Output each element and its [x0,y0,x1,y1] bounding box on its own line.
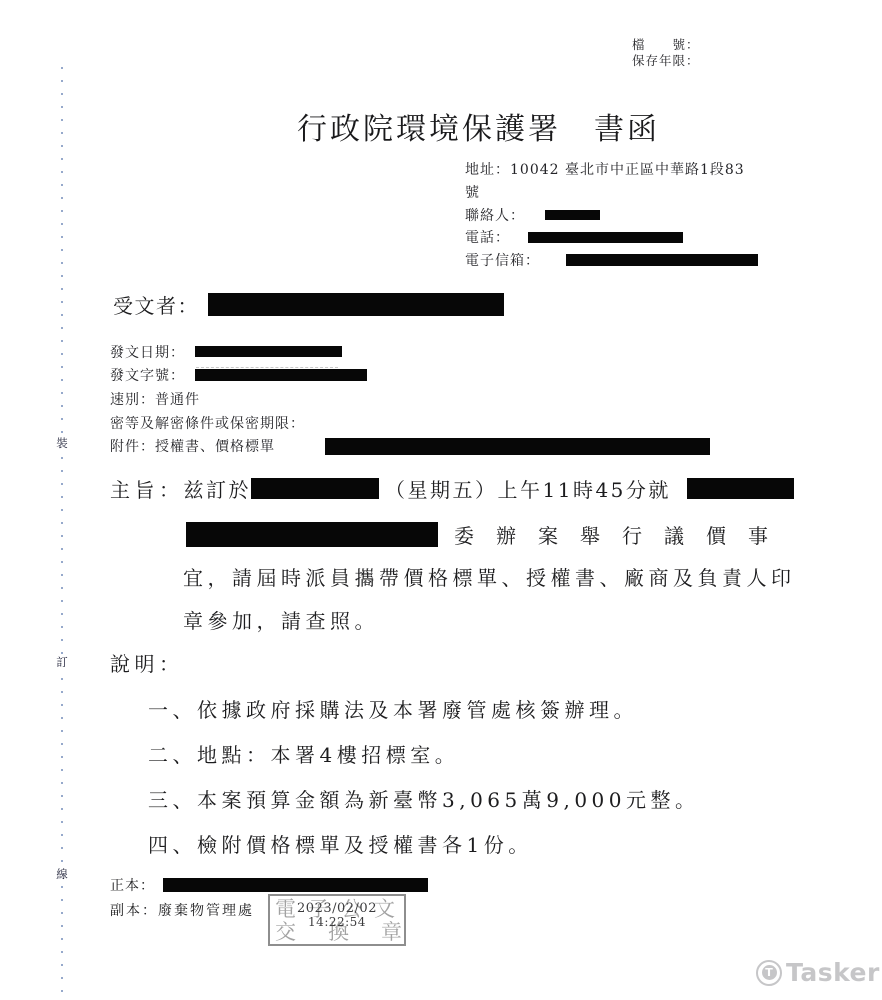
attachment-label: 附件：授權書、價格標單 [110,436,275,456]
address-line-2: 號 [465,181,758,204]
explanation-item-4: 四、檢附價格標單及授權書各1份。 [148,829,533,858]
retention-period-label: 保存年限： [632,53,700,69]
phone-label: 電話： [465,227,510,247]
redacted-attachment [325,438,710,455]
redacted-subject-date [251,478,379,499]
binding-mark-xian: 線 [50,867,74,883]
email-row: 電子信箱： [465,249,758,272]
sender-info-block: 地址：10042 臺北市中正區中華路1段83 號 聯絡人： 電話： 電子信箱： [465,158,758,271]
redacted-email [566,254,758,266]
binding-mark-zhuang: 裝 [50,436,74,452]
tasker-watermark: T Tasker [756,958,880,987]
stamp-date: 2023/02/02 [270,901,404,916]
redacted-subject-case-1 [687,478,794,499]
subject-line-4: 章參加，請查照。 [183,605,379,634]
scan-artifact [196,367,338,368]
original-copy-row: 正本： [110,876,428,893]
subject-line-3: 宜，請屆時派員攜帶價格標單、授權書、廠商及負責人印 [183,562,796,591]
subject-label: 主旨： [110,474,184,503]
attachment-row: 附件：授權書、價格標單 [110,434,710,458]
subject-text-pre: 兹訂於 [184,474,252,503]
original-copy-label: 正本： [110,875,155,895]
recipient-row: 受文者： [113,290,504,318]
subject-line-2: 委辦案舉行議價事 [186,521,790,548]
tasker-logo-icon: T [756,960,782,986]
explanation-item-2: 二、地點：本署4樓招標室。 [148,739,459,768]
speed-row: 速別：普通件 [110,387,710,411]
address-line-1: 地址：10042 臺北市中正區中華路1段83 [465,158,758,181]
doc-number-label: 發文字號： [110,365,185,385]
subject-line-1: 主旨： 兹訂於 （星期五）上午11時45分就 [110,475,794,502]
email-label: 電子信箱： [465,250,540,270]
issue-date-label: 發文日期： [110,342,185,362]
binding-mark-ding: 訂 [50,655,74,671]
redacted-contact-name [545,210,600,220]
contact-label: 聯絡人： [465,205,525,225]
redacted-recipient [208,293,504,316]
contact-row: 聯絡人： [465,203,758,226]
redacted-original-recipient [163,878,428,892]
scanned-official-letter: 裝 訂 線 檔 號： 保存年限： 行政院環境保護署 書函 地址：10042 臺北… [0,0,882,1000]
document-title: 行政院環境保護署 書函 [297,104,660,148]
e-doc-exchange-stamp: 電子公文 交換章 2023/02/02 14:22:54 [268,894,406,946]
phone-row: 電話： [465,226,758,249]
redacted-subject-case-2 [186,522,438,547]
recipient-label: 受文者： [113,290,199,319]
carbon-copy-row: 副本：廢棄物管理處 [110,900,254,920]
file-number-label: 檔 號： [632,37,700,53]
explanation-item-3: 三、本案預算金額為新臺幣3,065萬9,000元整。 [148,784,700,813]
explanation-item-1: 一、依據政府採購法及本署廢管處核簽辦理。 [148,694,638,723]
subject-text-mid: （星期五）上午11時45分就 [385,474,671,503]
redacted-issue-date [195,346,342,357]
secrecy-row: 密等及解密條件或保密期限： [110,411,710,435]
redacted-doc-number [195,369,367,381]
issue-date-row: 發文日期： [110,340,710,364]
binding-dotted-line [61,67,63,995]
stamp-time: 14:22:54 [270,915,404,929]
file-header: 檔 號： 保存年限： [632,37,700,69]
redacted-phone [528,232,683,243]
tasker-wordmark: Tasker [786,958,880,987]
meta-block: 發文日期： 發文字號： 速別：普通件 密等及解密條件或保密期限： 附件：授權書、… [110,340,710,458]
explanation-label: 說明： [110,648,184,677]
subject-text-line-2: 委辦案舉行議價事 [454,520,790,549]
